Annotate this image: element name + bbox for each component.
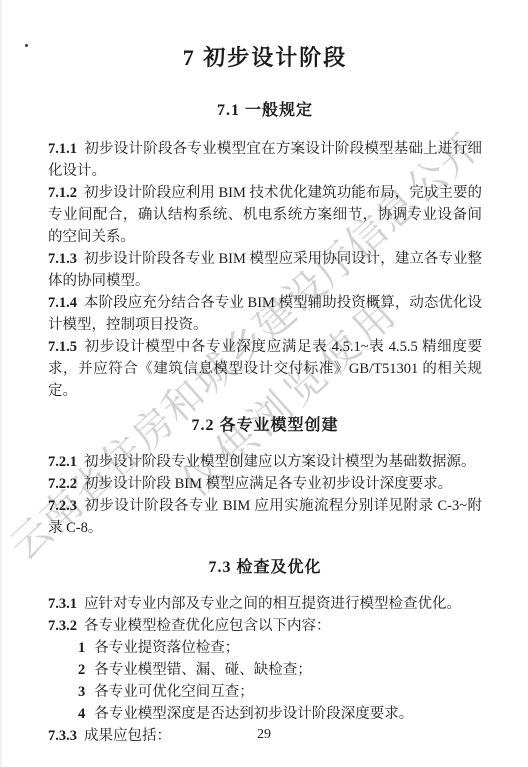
subclause-number: 3 [78,684,85,700]
subclause-7-3-2-4: 4各专业模型深度是否达到初步设计阶段深度要求。 [48,703,482,725]
subclause-number: 2 [78,662,85,678]
subclause-number: 1 [78,640,85,656]
scan-edge-shade [0,0,3,767]
clause-7-2-1: 7.2.1初步设计阶段专业模型创建应以方案设计模型为基础数据源。 [48,451,482,473]
section-heading-7-1: 7.1 一般规定 [48,100,482,122]
chapter-title: 7 初步设计阶段 [48,44,482,72]
clause-text: 初步设计阶段各专业 BIM 模型应采用协同设计，建立各专业整体的协同模型。 [48,251,482,289]
clause-number: 7.1.5 [48,339,77,355]
clause-7-1-3: 7.1.3初步设计阶段各专业 BIM 模型应采用协同设计，建立各专业整体的协同模… [48,248,482,292]
scan-artifact-dot [25,44,28,47]
clause-text: 初步设计阶段应利用 BIM 技术优化建筑功能布局，完成主要的专业间配合，确认结构… [48,185,482,245]
clause-7-3-2: 7.3.2各专业模型检查优化应包含以下内容： [48,615,482,637]
subclause-number: 4 [78,706,85,722]
page-number: 29 [0,727,528,743]
clause-number: 7.2.2 [48,476,77,492]
subclause-text: 各专业提资落位检查； [94,640,239,656]
clause-text: 本阶段应充分结合各专业 BIM 模型辅助投资概算，动态优化设计模型，控制项目投资… [48,295,482,333]
clause-7-2-3: 7.2.3初步设计阶段各专业 BIM 应用实施流程分别详见附录 C-3~附录 C… [48,495,482,539]
subclause-7-3-2-2: 2各专业模型错、漏、碰、缺检查； [48,659,482,681]
section-heading-7-3: 7.3 检查及优化 [48,557,482,579]
document-page: 云南省住房和城乡建设厅信息公开 仅供浏览使用 7 初步设计阶段 7.1 一般规定… [0,0,528,767]
clause-7-1-1: 7.1.1初步设计阶段各专业模型宜在方案设计阶段模型基础上进行细化设计。 [48,138,482,182]
section-heading-7-2: 7.2 各专业模型创建 [48,415,482,437]
clause-7-1-4: 7.1.4本阶段应充分结合各专业 BIM 模型辅助投资概算，动态优化设计模型，控… [48,292,482,336]
clause-text: 初步设计阶段各专业 BIM 应用实施流程分别详见附录 C-3~附录 C-8。 [48,498,482,536]
subclause-7-3-2-3: 3各专业可优化空间互查； [48,681,482,703]
subclause-text: 各专业模型深度是否达到初步设计阶段深度要求。 [94,706,413,722]
clause-number: 7.3.2 [48,618,77,634]
clause-number: 7.1.4 [48,295,77,311]
subclause-7-3-2-1: 1各专业提资落位检查； [48,637,482,659]
clause-7-1-2: 7.1.2初步设计阶段应利用 BIM 技术优化建筑功能布局，完成主要的专业间配合… [48,182,482,248]
subclause-text: 各专业模型错、漏、碰、缺检查； [94,662,312,678]
clause-7-1-5: 7.1.5初步设计模型中各专业深度应满足表 4.5.1~表 4.5.5 精细度要… [48,336,482,402]
clause-number: 7.3.1 [48,596,77,612]
clause-text: 初步设计阶段各专业模型宜在方案设计阶段模型基础上进行细化设计。 [48,141,482,179]
clause-text: 初步设计阶段专业模型创建应以方案设计模型为基础数据源。 [84,454,476,470]
clause-number: 7.1.2 [48,185,77,201]
subclause-text: 各专业可优化空间互查； [94,684,254,700]
page-content: 7 初步设计阶段 7.1 一般规定 7.1.1初步设计阶段各专业模型宜在方案设计… [0,44,528,747]
clause-text: 初步设计模型中各专业深度应满足表 4.5.1~表 4.5.5 精细度要求，并应符… [48,339,482,399]
clause-text: 初步设计阶段 BIM 模型应满足各专业初步设计深度要求。 [84,476,452,492]
clause-text: 各专业模型检查优化应包含以下内容： [84,618,331,634]
clause-number: 7.1.1 [48,141,77,157]
clause-7-3-1: 7.3.1应针对专业内部及专业之间的相互提资进行模型检查优化。 [48,593,482,615]
clause-number: 7.2.1 [48,454,77,470]
clause-number: 7.2.3 [48,498,77,514]
clause-number: 7.1.3 [48,251,77,267]
clause-7-2-2: 7.2.2初步设计阶段 BIM 模型应满足各专业初步设计深度要求。 [48,473,482,495]
clause-text: 应针对专业内部及专业之间的相互提资进行模型检查优化。 [84,596,461,612]
